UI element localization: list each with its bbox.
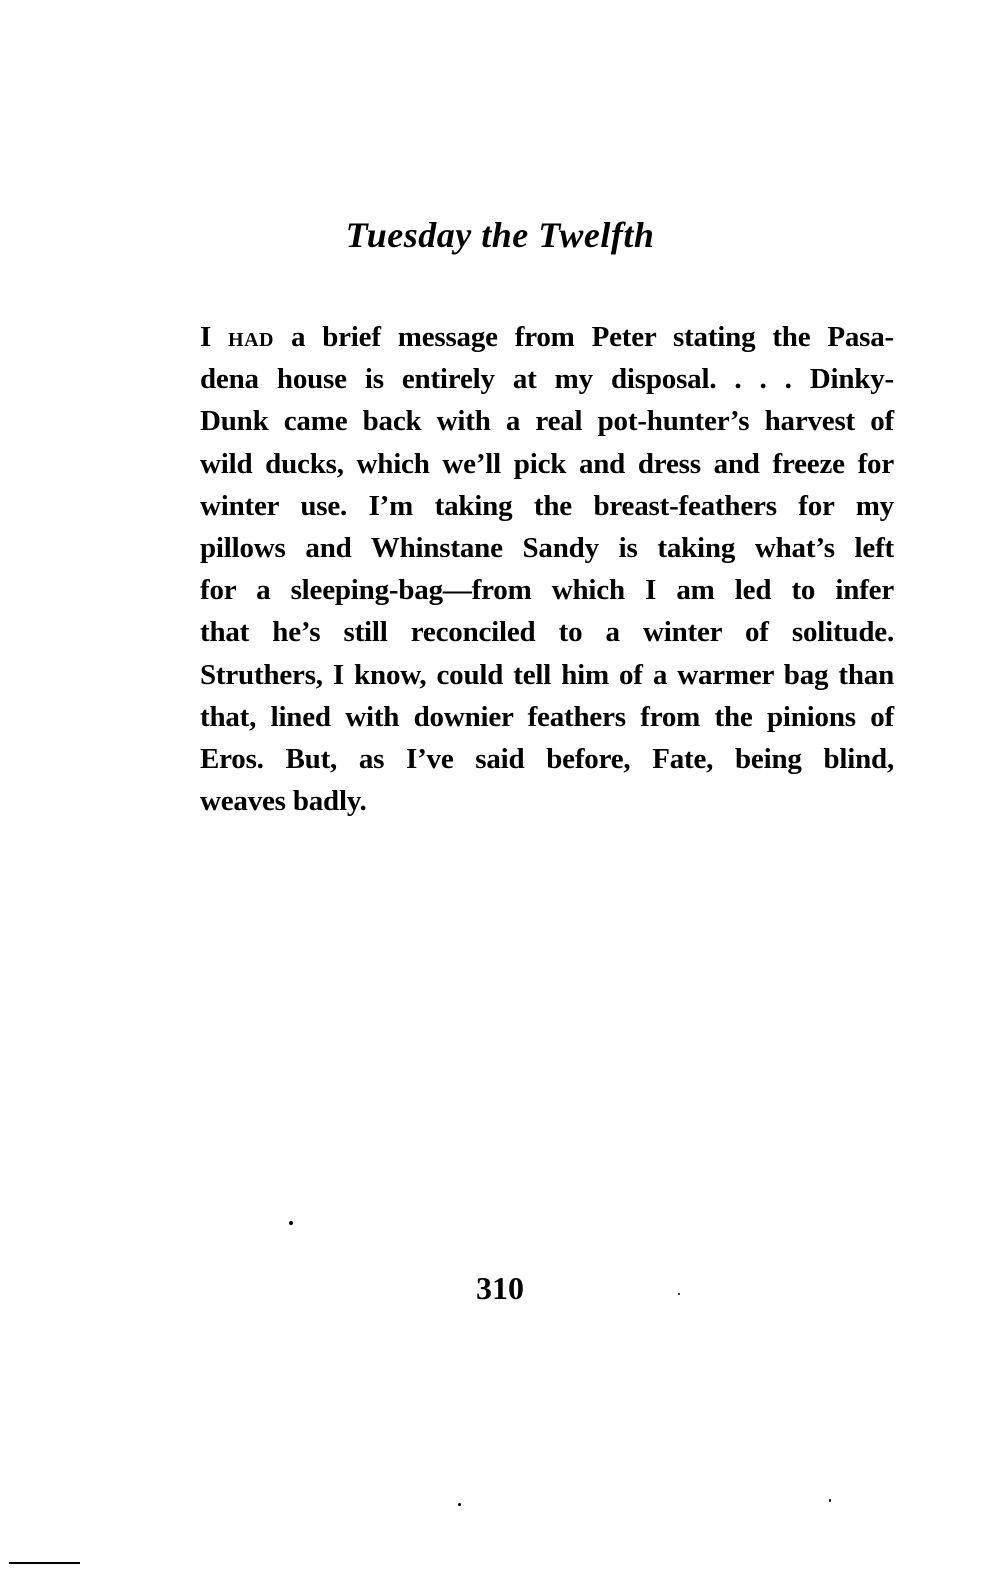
page-number: 310 — [0, 1270, 1000, 1307]
text-line: that he’s still reconciled to a winter o… — [200, 611, 894, 653]
body-paragraph: I had a brief message from Peter stating… — [200, 316, 894, 822]
text-line: weaves badly. — [200, 780, 894, 822]
text-line: Struthers, I know, could tell him of a w… — [200, 654, 894, 696]
text-line: for a sleeping-bag—from which I am led t… — [200, 569, 894, 611]
text-line: winter use. I’m taking the breast-feathe… — [200, 485, 894, 527]
text-line: that, lined with downier feathers from t… — [200, 696, 894, 738]
opening-word: I — [200, 321, 211, 353]
text-line: I had a brief message from Peter stating… — [200, 316, 894, 358]
book-page: Tuesday the Twelfth I had a brief messag… — [0, 0, 1000, 1591]
text-line: dena house is entirely at my disposal. .… — [200, 358, 894, 400]
scan-speck — [829, 1499, 831, 1502]
scan-speck — [289, 1221, 293, 1225]
text-line: pillows and Whinstane Sandy is taking wh… — [200, 527, 894, 569]
smallcaps-word: had — [228, 321, 274, 353]
scan-speck — [678, 1293, 680, 1295]
text-line: Eros. But, as I’ve said before, Fate, be… — [200, 738, 894, 780]
bottom-rule — [9, 1562, 80, 1564]
text-line-content: a brief message from Peter stating the P… — [274, 321, 894, 353]
chapter-heading: Tuesday the Twelfth — [0, 214, 1000, 256]
text-line: Dunk came back with a real pot-hunter’s … — [200, 400, 894, 442]
scan-speck — [458, 1503, 461, 1506]
text-line: wild ducks, which we’ll pick and dress a… — [200, 443, 894, 485]
